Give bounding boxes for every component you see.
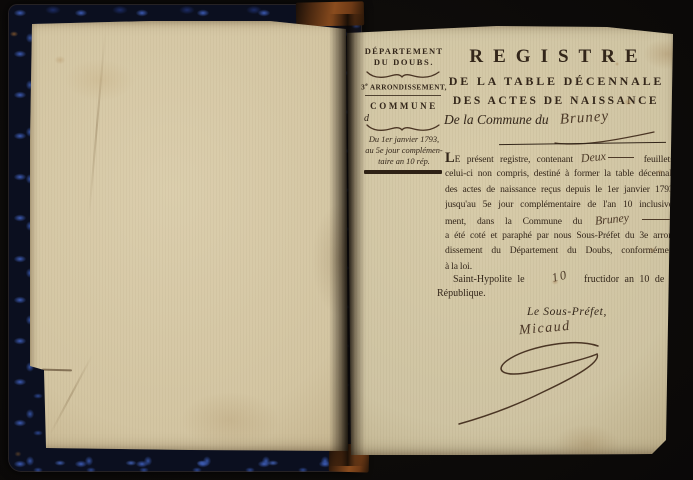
margin-thick-rule — [364, 170, 442, 174]
title-registre: REGISTRE — [441, 46, 671, 68]
period-line3: taire an 10 rép. — [361, 157, 447, 166]
commune-label: COMMUNE — [361, 101, 447, 111]
body-line: jusqu'au 5e jour complémentaire de l'an … — [445, 197, 676, 212]
handwritten-commune: Bruney — [594, 213, 629, 228]
body-line: LE présent registre, contenant Deux feui… — [445, 151, 676, 166]
ink-dash — [608, 157, 634, 158]
title-table-decennale: DE LA TABLE DÉCENNALE — [441, 74, 671, 89]
commune-handwritten-name: Bruney — [559, 108, 609, 128]
body-line: dissement du Département du Doubs, confo… — [445, 243, 676, 258]
archive-scan: DÉPARTEMENT DU DOUBS. 3e ARRONDISSEMENT,… — [0, 0, 693, 480]
closing-title: Le Sous-Préfet, — [487, 306, 647, 318]
ink-dash — [642, 219, 676, 220]
drop-capital: L — [445, 151, 455, 166]
paper-crease — [49, 355, 93, 435]
period-line2: au 5e jour complémen- — [361, 146, 447, 155]
dateline-line2: République. — [437, 286, 677, 301]
left-blank-page — [30, 20, 348, 452]
paper-tear — [42, 369, 72, 372]
body-line: ment, dans la Commune du Bruney — [445, 213, 676, 228]
spine-leather-top — [296, 1, 364, 26]
right-printed-page: DÉPARTEMENT DU DOUBS. 3e ARRONDISSEMENT,… — [347, 24, 676, 456]
body-line: a été coté et paraphé par nous Sous-Préf… — [445, 228, 676, 243]
dateline: Saint-Hypolite le 10 fructidor an 10 de … — [437, 271, 677, 301]
body-line: celui-ci non compris, destiné à former l… — [445, 166, 676, 181]
place-name: Saint-Hypolite le — [453, 274, 525, 285]
paper-crease — [88, 30, 107, 219]
body-paragraph: LE présent registre, contenant Deux feui… — [445, 151, 676, 274]
department-label-line2: DU DOUBS. — [361, 57, 447, 67]
signature-paraph-flourish — [447, 336, 612, 434]
dateline-line1: Saint-Hypolite le 10 fructidor an 10 de … — [437, 271, 677, 286]
commune-printed-text: De la Commune du — [444, 112, 549, 127]
body-text: ment, dans la Commune du — [445, 216, 582, 227]
body-text: E présent registre, contenant — [455, 154, 573, 165]
department-label-line1: DÉPARTEMENT — [361, 46, 447, 56]
brace-ornament — [365, 69, 441, 79]
body-line: des actes de naissance reçus depuis le 1… — [445, 182, 676, 197]
republican-date: fructidor an 10 de la — [584, 274, 677, 285]
brace-ornament — [365, 122, 441, 132]
title-actes-naissance: DES ACTES DE NAISSANCE — [441, 95, 671, 107]
handwritten-count: Deux — [581, 151, 607, 166]
arrondissement-label: 3e ARRONDISSEMENT, — [361, 82, 447, 91]
body-text: feuillets, — [644, 154, 676, 165]
period-line1: Du 1er janvier 1793, — [361, 135, 447, 144]
arrondissement-word: ARRONDISSEMENT, — [368, 82, 447, 91]
commune-title-line: De la Commune du Bruney — [444, 112, 674, 129]
margin-rule — [365, 95, 441, 96]
